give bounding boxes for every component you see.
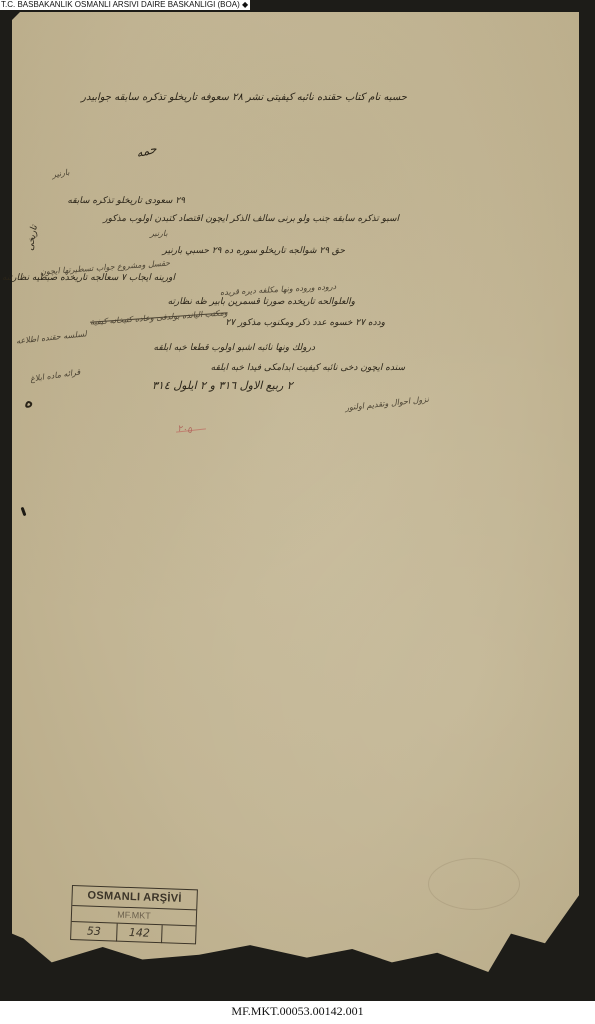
stamp-cell-dossier: 53: [71, 922, 118, 942]
handwriting-line: ودده ٢٧ خسوه عدد ذكر ومكنوب مذكور ٢٧: [225, 317, 385, 329]
reference-code: MF.MKT.00053.00142.001: [0, 1003, 595, 1019]
pencil-note: ٢٠٥: [177, 424, 193, 436]
archive-stamp: OSMANLI ARŞİVİ MF.MKT 53 142: [70, 885, 198, 944]
paper-texture: [12, 12, 579, 972]
archive-header-label: T.C. BASBAKANLIK OSMANLI ARSIVI DAIRE BA…: [0, 0, 250, 10]
stamp-cell-empty: [162, 925, 196, 944]
handwriting-insertion: بارنير: [150, 228, 168, 240]
handwriting-line: والعلوالحه تاريخده صورتا قسمرين بابير ظه…: [168, 296, 355, 308]
handwriting-signature: ٢ ربيع الاول ٣١٦ و ٢ ايلول ٣١٤: [152, 380, 293, 392]
handwriting-line: ٢٩ سعودى تاريخلو تذكره سابقه: [67, 195, 185, 207]
document-page: [12, 12, 579, 972]
handwriting-heading: حسبه نام كتاب حقنده نائبه كيفيتى نشر ٢٨ …: [81, 92, 407, 104]
handwriting-line: درولك ونها نائبه اشبو اولوب قطعا خبه ابل…: [154, 342, 315, 354]
stamp-cell-shirt: 142: [117, 924, 163, 944]
oval-watermark: [428, 858, 520, 910]
handwriting-margin-mark: ه: [24, 396, 32, 408]
handwriting-line: اورينه ايجاب ٧ سعالجه تاريخده صبطيه نظار…: [0, 272, 175, 284]
handwriting-line: حق ٢٩ شوالجه تاريخلو سوره ده ٢٩ حسبي بار…: [163, 245, 345, 257]
handwriting-line: سنده ايچون دخى نائبه كيفيت ابدامكى فيدا …: [211, 362, 405, 374]
handwriting-line: اسبو تذكره سابقه جنب ولو برنى سالف الذكر…: [103, 213, 399, 225]
